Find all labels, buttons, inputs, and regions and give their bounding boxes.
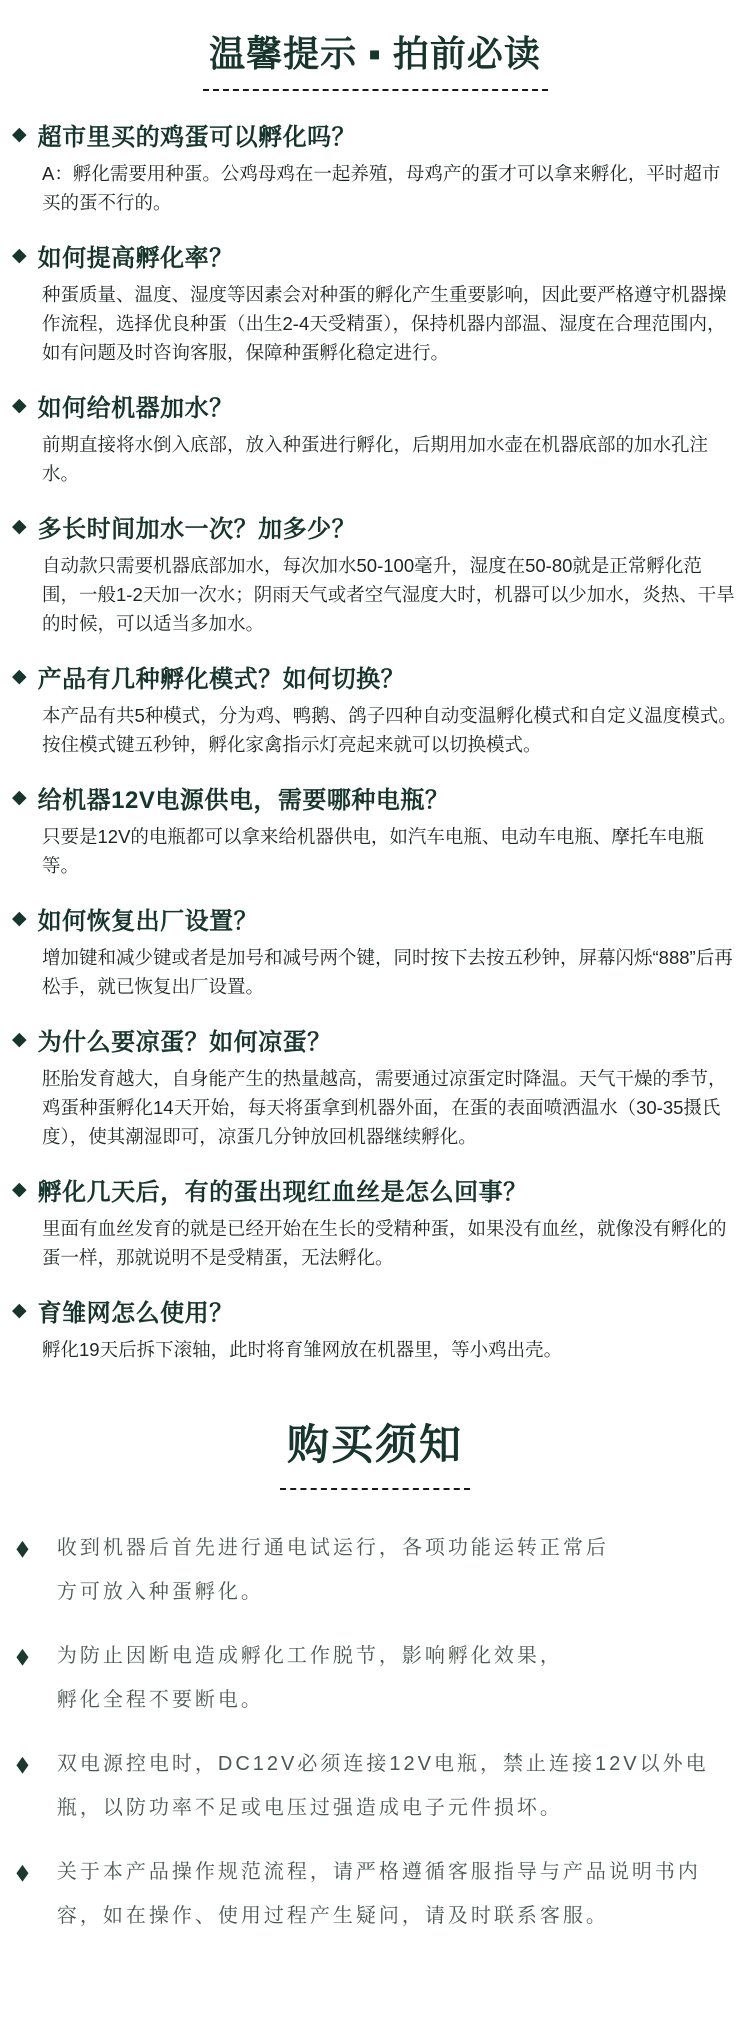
diamond-bullet-icon: ◆ [16,1861,28,1883]
diamond-bullet-icon: ◆ [12,667,27,686]
product-faq-page: 温馨提示 ▪ 拍前必读 ◆ 超市里买的鸡蛋可以孵化吗？ A：孵化需要用种蛋。公鸡… [0,0,750,2028]
faq-question: 多长时间加水一次？加多少？ [38,509,357,544]
notice-text: 为防止因断电造成孵化工作脱节，影响孵化效果， 孵化全程不要断电。 [57,1634,563,1722]
faq-item: ◆ 给机器12V电源供电，需要哪种电瓶？ 只要是12V的电瓶都可以拿来给机器供电… [12,780,742,880]
notice-item: ◆ 双电源控电时，DC12V必须连接12V电瓶，禁止连接12V以外电 瓶，以防功… [14,1742,740,1830]
faq-question: 孵化几天后，有的蛋出现红血丝是怎么回事？ [38,1172,528,1207]
faq-question-row: ◆ 给机器12V电源供电，需要哪种电瓶？ [12,780,742,815]
faq-question: 给机器12V电源供电，需要哪种电瓶？ [38,780,450,815]
faq-answer: 种蛋质量、温度、湿度等因素会对种蛋的孵化产生重要影响，因此要严格遵守机器操作流程… [42,280,737,367]
diamond-bullet-icon: ◆ [16,1753,28,1775]
faq-question-row: ◆ 产品有几种孵化模式？如何切换？ [12,659,742,694]
notice-line: 收到机器后首先进行通电试运行，各项功能运转正常后 [57,1537,609,1559]
faq-answer: 里面有血丝发育的就是已经开始在生长的受精种蛋，如果没有血丝，就像没有孵化的蛋一样… [42,1214,737,1272]
faq-answer: 增加键和减少键或者是加号和减号两个键，同时按下去按五秒钟，屏幕闪烁“888”后再… [42,943,737,1001]
notice-line: 孵化全程不要断电。 [57,1689,264,1711]
faq-question-row: ◆ 如何恢复出厂设置？ [12,901,742,936]
faq-question-row: ◆ 孵化几天后，有的蛋出现红血丝是怎么回事？ [12,1172,742,1207]
notice-line: 为防止因断电造成孵化工作脱节，影响孵化效果， [57,1645,563,1667]
faq-answer: 自动款只需要机器底部加水，每次加水50-100毫升，湿度在50-80就是正常孵化… [42,551,737,638]
faq-question-row: ◆ 育雏网怎么使用？ [12,1293,742,1328]
faq-answer: 胚胎发育越大，自身能产生的热量越高，需要通过凉蛋定时降温。天气干燥的季节，鸡蛋种… [42,1064,737,1151]
diamond-bullet-icon: ◆ [12,517,27,536]
notice-item: ◆ 收到机器后首先进行通电试运行，各项功能运转正常后 方可放入种蛋孵化。 [14,1526,740,1614]
notice-title: 购买须知 [0,1412,750,1472]
notice-item: ◆ 为防止因断电造成孵化工作脱节，影响孵化效果， 孵化全程不要断电。 [14,1634,740,1722]
faq-item: ◆ 如何提高孵化率？ 种蛋质量、温度、湿度等因素会对种蛋的孵化产生重要影响，因此… [12,238,742,367]
faq-answer: 只要是12V的电瓶都可以拿来给机器供电，如汽车电瓶、电动车电瓶、摩托车电瓶等。 [42,822,737,880]
faq-question: 超市里买的鸡蛋可以孵化吗？ [38,117,357,152]
notice-line: 容，如在操作、使用过程产生疑问，请及时联系客服。 [57,1905,609,1927]
faq-question: 如何给机器加水？ [38,388,234,423]
faq-question: 育雏网怎么使用？ [38,1293,234,1328]
faq-question-row: ◆ 多长时间加水一次？加多少？ [12,509,742,544]
tips-title-divider [203,89,548,91]
notice-line: 双电源控电时，DC12V必须连接12V电瓶，禁止连接12V以外电 [57,1753,709,1775]
faq-item: ◆ 超市里买的鸡蛋可以孵化吗？ A：孵化需要用种蛋。公鸡母鸡在一起养殖，母鸡产的… [12,117,742,217]
diamond-bullet-icon: ◆ [12,1030,27,1049]
faq-question-row: ◆ 如何给机器加水？ [12,388,742,423]
notice-item: ◆ 关于本产品操作规范流程，请严格遵循客服指导与产品说明书内 容，如在操作、使用… [14,1850,740,1938]
diamond-bullet-icon: ◆ [16,1645,28,1667]
faq-answer: 前期直接将水倒入底部，放入种蛋进行孵化，后期用加水壶在机器底部的加水孔注水。 [42,430,737,488]
tips-title: 温馨提示 ▪ 拍前必读 [0,26,750,77]
diamond-bullet-icon: ◆ [12,1301,27,1320]
diamond-bullet-icon: ◆ [12,788,27,807]
faq-question-row: ◆ 如何提高孵化率？ [12,238,742,273]
faq-question: 产品有几种孵化模式？如何切换？ [38,659,406,694]
faq-item: ◆ 育雏网怎么使用？ 孵化19天后拆下滚轴，此时将育雏网放在机器里，等小鸡出壳。 [12,1293,742,1364]
faq-list: ◆ 超市里买的鸡蛋可以孵化吗？ A：孵化需要用种蛋。公鸡母鸡在一起养殖，母鸡产的… [0,117,750,1364]
faq-question-row: ◆ 超市里买的鸡蛋可以孵化吗？ [12,117,742,152]
diamond-bullet-icon: ◆ [16,1537,28,1559]
faq-answer: 孵化19天后拆下滚轴，此时将育雏网放在机器里，等小鸡出壳。 [42,1335,737,1364]
faq-question: 如何提高孵化率？ [38,238,234,273]
faq-item: ◆ 多长时间加水一次？加多少？ 自动款只需要机器底部加水，每次加水50-100毫… [12,509,742,638]
diamond-bullet-icon: ◆ [12,125,27,144]
faq-item: ◆ 孵化几天后，有的蛋出现红血丝是怎么回事？ 里面有血丝发育的就是已经开始在生长… [12,1172,742,1272]
faq-item: ◆ 如何给机器加水？ 前期直接将水倒入底部，放入种蛋进行孵化，后期用加水壶在机器… [12,388,742,488]
notice-list: ◆ 收到机器后首先进行通电试运行，各项功能运转正常后 方可放入种蛋孵化。 ◆ 为… [0,1526,750,1938]
faq-question: 为什么要凉蛋？如何凉蛋？ [38,1022,332,1057]
notice-text: 收到机器后首先进行通电试运行，各项功能运转正常后 方可放入种蛋孵化。 [57,1526,609,1614]
diamond-bullet-icon: ◆ [12,909,27,928]
faq-item: ◆ 如何恢复出厂设置？ 增加键和减少键或者是加号和减号两个键，同时按下去按五秒钟… [12,901,742,1001]
diamond-bullet-icon: ◆ [12,1180,27,1199]
notice-text: 双电源控电时，DC12V必须连接12V电瓶，禁止连接12V以外电 瓶，以防功率不… [57,1742,709,1830]
faq-question-row: ◆ 为什么要凉蛋？如何凉蛋？ [12,1022,742,1057]
notice-title-divider [280,1488,470,1490]
faq-item: ◆ 产品有几种孵化模式？如何切换？ 本产品有共5种模式，分为鸡、鸭鹅、鸽子四种自… [12,659,742,759]
notice-line: 方可放入种蛋孵化。 [57,1581,264,1603]
faq-answer: 本产品有共5种模式，分为鸡、鸭鹅、鸽子四种自动变温孵化模式和自定义温度模式。按住… [42,701,737,759]
diamond-bullet-icon: ◆ [12,246,27,265]
notice-line: 关于本产品操作规范流程，请严格遵循客服指导与产品说明书内 [57,1861,701,1883]
faq-answer: A：孵化需要用种蛋。公鸡母鸡在一起养殖，母鸡产的蛋才可以拿来孵化，平时超市买的蛋… [42,159,737,217]
notice-line: 瓶，以防功率不足或电压过强造成电子元件损坏。 [57,1797,563,1819]
diamond-bullet-icon: ◆ [12,396,27,415]
notice-text: 关于本产品操作规范流程，请严格遵循客服指导与产品说明书内 容，如在操作、使用过程… [57,1850,701,1938]
faq-question: 如何恢复出厂设置？ [38,901,259,936]
faq-item: ◆ 为什么要凉蛋？如何凉蛋？ 胚胎发育越大，自身能产生的热量越高，需要通过凉蛋定… [12,1022,742,1151]
